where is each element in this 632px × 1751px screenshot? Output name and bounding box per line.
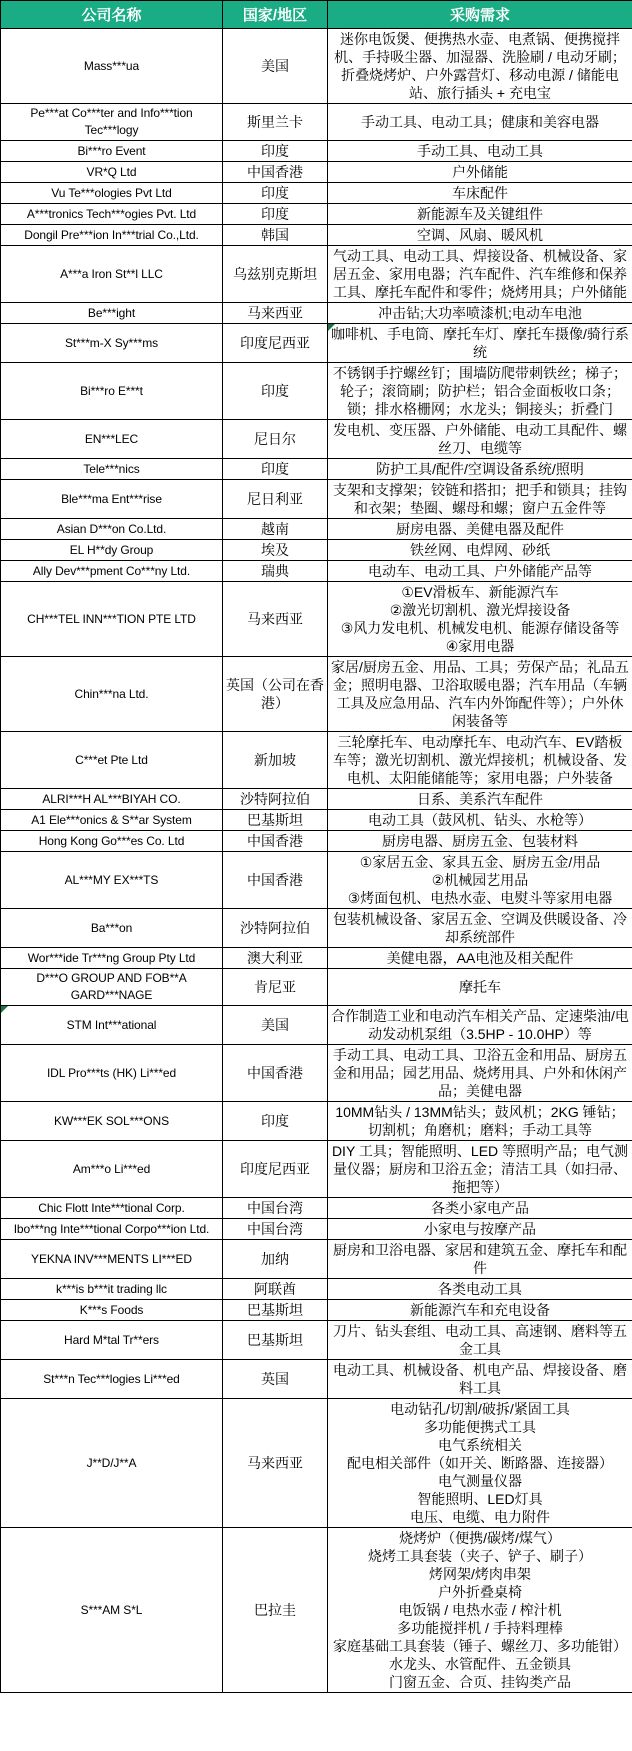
need-cell[interactable]: 迷你电饭煲、便携热水壶、电煮锅、便携搅拌机、手持吸尘器、加湿器、洗脸刷 / 电动… — [328, 29, 632, 104]
company-cell[interactable]: CH***TEL INN***TION PTE LTD — [1, 582, 223, 657]
need-cell[interactable]: 电动钻孔/切割/破拆/紧固工具 多功能便携式工具 电气系统相关 配电相关部件（如… — [328, 1399, 632, 1528]
need-cell[interactable]: 各类电动工具 — [328, 1279, 632, 1300]
table-row: S***AM S*L巴拉圭烧烤炉（便携/碳烤/煤气） 烧烤工具套装（夹子、铲子、… — [1, 1528, 632, 1693]
need-cell[interactable]: 手动工具、电动工具 — [328, 141, 632, 162]
country-cell[interactable]: 巴基斯坦 — [223, 1300, 328, 1321]
country-cell[interactable]: 英国 — [223, 1360, 328, 1399]
country-cell[interactable]: 马来西亚 — [223, 303, 328, 324]
company-cell[interactable]: St***n Tec***logies Li***ed — [1, 1360, 223, 1399]
country-cell[interactable]: 澳大利亚 — [223, 948, 328, 969]
need-cell[interactable]: 厨房电器、厨房五金、包装材料 — [328, 831, 632, 852]
need-cell[interactable]: 空调、风扇、暖风机 — [328, 225, 632, 246]
company-cell[interactable]: Am***o Li***ed — [1, 1141, 223, 1198]
company-cell[interactable]: A***a Iron St**l LLC — [1, 246, 223, 303]
company-cell[interactable]: Wor***ide Tr***ng Group Pty Ltd — [1, 948, 223, 969]
need-cell[interactable]: DIY 工具；智能照明、LED 等照明产品；电气测量仪器；厨房和卫浴五金；清洁工… — [328, 1141, 632, 1198]
company-cell[interactable]: K***s Foods — [1, 1300, 223, 1321]
need-cell[interactable]: 手动工具、电动工具；健康和美容电器 — [328, 104, 632, 141]
company-cell[interactable]: Hong Kong Go***es Co. Ltd — [1, 831, 223, 852]
company-cell[interactable]: AL***MY EX***TS — [1, 852, 223, 909]
table-row: Chin***na Ltd.英国（公司在香港）家居/厨房五金、用品、工具；劳保产… — [1, 657, 632, 732]
country-cell[interactable]: 印度尼西亚 — [223, 324, 328, 363]
country-cell[interactable]: 沙特阿拉伯 — [223, 909, 328, 948]
need-cell[interactable]: 烧烤炉（便携/碳烤/煤气） 烧烤工具套装（夹子、铲子、刷子） 烤网架/烤肉串架 … — [328, 1528, 632, 1693]
table-row: Ibo***ng Inte***tional Corpo***ion Ltd.中… — [1, 1219, 632, 1240]
company-cell[interactable]: Dongil Pre***ion In***trial Co.,Ltd. — [1, 225, 223, 246]
company-cell[interactable]: St***m-X Sy***ms — [1, 324, 223, 363]
table-row: K***s Foods巴基斯坦新能源汽车和充电设备 — [1, 1300, 632, 1321]
country-cell[interactable]: 瑞典 — [223, 561, 328, 582]
need-cell[interactable]: 新能源车及关键组件 — [328, 204, 632, 225]
table-row: Dongil Pre***ion In***trial Co.,Ltd.韩国空调… — [1, 225, 632, 246]
company-cell[interactable]: Vu Te***ologies Pvt Ltd — [1, 183, 223, 204]
table-row: C***et Pte Ltd新加坡三轮摩托车、电动摩托车、电动汽车、EV踏板车等… — [1, 732, 632, 789]
need-cell[interactable]: 新能源汽车和充电设备 — [328, 1300, 632, 1321]
need-cell[interactable]: 家居/厨房五金、用品、工具；劳保产品；礼品五金；照明电器、卫浴取暖电器；汽车用品… — [328, 657, 632, 732]
need-cell[interactable]: 10MM钻头 / 13MM钻头；鼓风机；2KG 锤钻；切割机；角磨机；磨料；手动… — [328, 1102, 632, 1141]
company-cell[interactable]: S***AM S*L — [1, 1528, 223, 1693]
country-cell[interactable]: 韩国 — [223, 225, 328, 246]
need-cell[interactable]: 不锈钢手拧螺丝钉；围墙防爬带刺铁丝；梯子；轮子；滚筒刷；防护栏；铝合金面板收口条… — [328, 363, 632, 420]
country-cell[interactable]: 印度 — [223, 204, 328, 225]
need-cell[interactable]: 电动车、电动工具、户外储能产品等 — [328, 561, 632, 582]
country-cell[interactable]: 印度 — [223, 459, 328, 480]
table-row: Asian D***on Co.Ltd.越南厨房电器、美健电器及配件 — [1, 519, 632, 540]
country-cell[interactable]: 美国 — [223, 29, 328, 104]
table-row: Hong Kong Go***es Co. Ltd中国香港厨房电器、厨房五金、包… — [1, 831, 632, 852]
country-cell[interactable]: 中国香港 — [223, 1045, 328, 1102]
need-cell[interactable]: 合作制造工业和电动汽车相关产品、定速柴油/电动发动机泵组（3.5HP - 10.… — [328, 1006, 632, 1045]
country-cell[interactable]: 马来西亚 — [223, 582, 328, 657]
company-cell[interactable]: k***is b***it trading llc — [1, 1279, 223, 1300]
table-row: Be***ight马来西亚冲击钻;大功率喷漆机;电动车电池 — [1, 303, 632, 324]
country-cell[interactable]: 肯尼亚 — [223, 969, 328, 1006]
company-cell[interactable]: ALRI***H AL***BIYAH CO. — [1, 789, 223, 810]
company-cell[interactable]: KW***EK SOL***ONS — [1, 1102, 223, 1141]
company-cell[interactable]: IDL Pro***ts (HK) Li***ed — [1, 1045, 223, 1102]
country-cell[interactable]: 巴拉圭 — [223, 1528, 328, 1693]
company-cell[interactable]: EL H**dy Group — [1, 540, 223, 561]
country-cell[interactable]: 乌兹别克斯坦 — [223, 246, 328, 303]
table-row: STM Int***ational美国合作制造工业和电动汽车相关产品、定速柴油/… — [1, 1006, 632, 1045]
header-row: 公司名称 国家/地区 采购需求 — [1, 1, 632, 29]
need-cell[interactable]: 车床配件 — [328, 183, 632, 204]
need-cell[interactable]: 防护工具/配件/空调设备系统/照明 — [328, 459, 632, 480]
company-cell[interactable]: Chic Flott Inte***tional Corp. — [1, 1198, 223, 1219]
need-cell[interactable]: 厨房电器、美健电器及配件 — [328, 519, 632, 540]
table-row: A***tronics Tech***ogies Pvt. Ltd印度新能源车及… — [1, 204, 632, 225]
company-cell[interactable]: C***et Pte Ltd — [1, 732, 223, 789]
country-cell[interactable]: 中国台湾 — [223, 1198, 328, 1219]
need-cell[interactable]: 日系、美系汽车配件 — [328, 789, 632, 810]
need-cell[interactable]: 摩托车 — [328, 969, 632, 1006]
header-procurement-need: 采购需求 — [328, 1, 632, 29]
country-cell[interactable]: 印度 — [223, 363, 328, 420]
company-cell[interactable]: J**D/J**A — [1, 1399, 223, 1528]
country-cell[interactable]: 印度 — [223, 183, 328, 204]
company-cell[interactable]: Ble***ma Ent***rise — [1, 480, 223, 519]
company-cell[interactable]: A1 Ele***onics & S**ar System — [1, 810, 223, 831]
company-cell[interactable]: Chin***na Ltd. — [1, 657, 223, 732]
table-row: EN***LEC尼日尔发电机、变压器、户外储能、电动工具配件、螺丝刀、电缆等 — [1, 420, 632, 459]
need-cell[interactable]: 手动工具、电动工具、卫浴五金和用品、厨房五金和用品；园艺用品、烧烤用具、户外和休… — [328, 1045, 632, 1102]
table-row: Mass***ua美国迷你电饭煲、便携热水壶、电煮锅、便携搅拌机、手持吸尘器、加… — [1, 29, 632, 104]
company-cell[interactable]: Ba***on — [1, 909, 223, 948]
table-row: VR*Q Ltd中国香港户外储能 — [1, 162, 632, 183]
table-row: k***is b***it trading llc阿联酋各类电动工具 — [1, 1279, 632, 1300]
country-cell[interactable]: 巴基斯坦 — [223, 810, 328, 831]
country-cell[interactable]: 美国 — [223, 1006, 328, 1045]
header-company-name: 公司名称 — [1, 1, 223, 29]
table-row: Pe***at Co***ter and Info***tion Tec***l… — [1, 104, 632, 141]
country-cell[interactable]: 中国台湾 — [223, 1219, 328, 1240]
table-row: Am***o Li***ed印度尼西亚DIY 工具；智能照明、LED 等照明产品… — [1, 1141, 632, 1198]
company-cell[interactable]: Ibo***ng Inte***tional Corpo***ion Ltd. — [1, 1219, 223, 1240]
table-row: A***a Iron St**l LLC乌兹别克斯坦气动工具、电动工具、焊接设备… — [1, 246, 632, 303]
table-row: Bi***ro E***t印度不锈钢手拧螺丝钉；围墙防爬带刺铁丝；梯子；轮子；滚… — [1, 363, 632, 420]
need-cell[interactable]: 小家电与按摩产品 — [328, 1219, 632, 1240]
country-cell[interactable]: 沙特阿拉伯 — [223, 789, 328, 810]
table-row: Hard M*tal Tr**ers巴基斯坦刀片、钻头套组、电动工具、高速钢、磨… — [1, 1321, 632, 1360]
table-row: Wor***ide Tr***ng Group Pty Ltd澳大利亚美健电器，… — [1, 948, 632, 969]
company-cell[interactable]: YEKNA INV***MENTS LI***ED — [1, 1240, 223, 1279]
need-cell[interactable]: 刀片、钻头套组、电动工具、高速钢、磨料等五金工具 — [328, 1321, 632, 1360]
company-cell[interactable]: STM Int***ational — [1, 1006, 223, 1045]
need-cell[interactable]: 包装机械设备、家居五金、空调及供暖设备、冷却系统部件 — [328, 909, 632, 948]
company-cell[interactable]: Pe***at Co***ter and Info***tion Tec***l… — [1, 104, 223, 141]
need-cell[interactable]: 美健电器，AA电池及相关配件 — [328, 948, 632, 969]
table-row: Chic Flott Inte***tional Corp.中国台湾各类小家电产… — [1, 1198, 632, 1219]
table-row: St***n Tec***logies Li***ed英国电动工具、机械设备、机… — [1, 1360, 632, 1399]
table-row: KW***EK SOL***ONS印度10MM钻头 / 13MM钻头；鼓风机；2… — [1, 1102, 632, 1141]
need-cell[interactable]: 冲击钻;大功率喷漆机;电动车电池 — [328, 303, 632, 324]
table-row: St***m-X Sy***ms印度尼西亚咖啡机、手电筒、摩托车灯、摩托车摄像/… — [1, 324, 632, 363]
table-row: IDL Pro***ts (HK) Li***ed中国香港手动工具、电动工具、卫… — [1, 1045, 632, 1102]
company-cell[interactable]: Bi***ro Event — [1, 141, 223, 162]
table-row: J**D/J**A马来西亚电动钻孔/切割/破拆/紧固工具 多功能便携式工具 电气… — [1, 1399, 632, 1528]
country-cell[interactable]: 印度 — [223, 1102, 328, 1141]
need-cell[interactable]: 三轮摩托车、电动摩托车、电动汽车、EV踏板车等；激光切割机、激光焊接机；机械设备… — [328, 732, 632, 789]
table-row: EL H**dy Group埃及铁丝网、电焊网、砂纸 — [1, 540, 632, 561]
company-cell[interactable]: D***O GROUP AND FOB**A GARD***NAGE — [1, 969, 223, 1006]
country-cell[interactable]: 中国香港 — [223, 831, 328, 852]
table-row: Ba***on沙特阿拉伯包装机械设备、家居五金、空调及供暖设备、冷却系统部件 — [1, 909, 632, 948]
header-country-region: 国家/地区 — [223, 1, 328, 29]
country-cell[interactable]: 阿联酋 — [223, 1279, 328, 1300]
company-cell[interactable]: Hard M*tal Tr**ers — [1, 1321, 223, 1360]
table-row: CH***TEL INN***TION PTE LTD马来西亚①EV滑板车、新能… — [1, 582, 632, 657]
country-cell[interactable]: 中国香港 — [223, 162, 328, 183]
country-cell[interactable]: 新加坡 — [223, 732, 328, 789]
table-row: YEKNA INV***MENTS LI***ED加纳厨房和卫浴电器、家居和建筑… — [1, 1240, 632, 1279]
need-cell[interactable]: 发电机、变压器、户外储能、电动工具配件、螺丝刀、电缆等 — [328, 420, 632, 459]
need-cell[interactable]: 电动工具、机械设备、机电产品、焊接设备、磨料工具 — [328, 1360, 632, 1399]
need-cell[interactable]: 支架和支撑架；铰链和搭扣；把手和锁具；挂钩和衣架；垫圈、螺母和螺；窗户五金件等 — [328, 480, 632, 519]
need-cell[interactable]: 电动工具（鼓风机、钻头、水枪等） — [328, 810, 632, 831]
need-cell[interactable]: 铁丝网、电焊网、砂纸 — [328, 540, 632, 561]
country-cell[interactable]: 斯里兰卡 — [223, 104, 328, 141]
need-cell[interactable]: 各类小家电产品 — [328, 1198, 632, 1219]
need-cell[interactable]: ①家居五金、家具五金、厨房五金/用品 ②机械园艺用品 ③烤面包机、电热水壶、电熨… — [328, 852, 632, 909]
table-row: ALRI***H AL***BIYAH CO.沙特阿拉伯日系、美系汽车配件 — [1, 789, 632, 810]
company-cell[interactable]: Be***ight — [1, 303, 223, 324]
country-cell[interactable]: 马来西亚 — [223, 1399, 328, 1528]
need-cell[interactable]: 厨房和卫浴电器、家居和建筑五金、摩托车和配件 — [328, 1240, 632, 1279]
country-cell[interactable]: 巴基斯坦 — [223, 1321, 328, 1360]
table-row: Vu Te***ologies Pvt Ltd印度车床配件 — [1, 183, 632, 204]
country-cell[interactable]: 尼日利亚 — [223, 480, 328, 519]
company-cell[interactable]: A***tronics Tech***ogies Pvt. Ltd — [1, 204, 223, 225]
table-row: D***O GROUP AND FOB**A GARD***NAGE肯尼亚摩托车 — [1, 969, 632, 1006]
sourcing-demand-table: 公司名称 国家/地区 采购需求 Mass***ua美国迷你电饭煲、便携热水壶、电… — [0, 0, 632, 1693]
country-cell[interactable]: 中国香港 — [223, 852, 328, 909]
need-cell[interactable]: 咖啡机、手电筒、摩托车灯、摩托车摄像/骑行系统 — [328, 324, 632, 363]
country-cell[interactable]: 印度尼西亚 — [223, 1141, 328, 1198]
company-cell[interactable]: Ally Dev***pment Co***ny Ltd. — [1, 561, 223, 582]
company-cell[interactable]: Asian D***on Co.Ltd. — [1, 519, 223, 540]
need-cell[interactable]: 户外储能 — [328, 162, 632, 183]
company-cell[interactable]: Bi***ro E***t — [1, 363, 223, 420]
need-cell[interactable]: ①EV滑板车、新能源汽车 ②激光切割机、激光焊接设备 ③风力发电机、机械发电机、… — [328, 582, 632, 657]
table-row: Tele***nics印度防护工具/配件/空调设备系统/照明 — [1, 459, 632, 480]
company-cell[interactable]: VR*Q Ltd — [1, 162, 223, 183]
country-cell[interactable]: 英国（公司在香港） — [223, 657, 328, 732]
need-cell[interactable]: 气动工具、电动工具、焊接设备、机械设备、家居五金、家用电器；汽车配件、汽车维修和… — [328, 246, 632, 303]
country-cell[interactable]: 印度 — [223, 141, 328, 162]
comment-indicator-icon — [1, 1006, 8, 1013]
table-row: Ble***ma Ent***rise尼日利亚支架和支撑架；铰链和搭扣；把手和锁… — [1, 480, 632, 519]
table-row: Bi***ro Event印度手动工具、电动工具 — [1, 141, 632, 162]
table-row: Ally Dev***pment Co***ny Ltd.瑞典电动车、电动工具、… — [1, 561, 632, 582]
comment-indicator-icon — [328, 324, 335, 331]
country-cell[interactable]: 加纳 — [223, 1240, 328, 1279]
table-row: AL***MY EX***TS中国香港①家居五金、家具五金、厨房五金/用品 ②机… — [1, 852, 632, 909]
company-cell[interactable]: Mass***ua — [1, 29, 223, 104]
table-body: Mass***ua美国迷你电饭煲、便携热水壶、电煮锅、便携搅拌机、手持吸尘器、加… — [1, 29, 632, 1693]
company-cell[interactable]: EN***LEC — [1, 420, 223, 459]
table-row: A1 Ele***onics & S**ar System巴基斯坦电动工具（鼓风… — [1, 810, 632, 831]
country-cell[interactable]: 尼日尔 — [223, 420, 328, 459]
country-cell[interactable]: 越南 — [223, 519, 328, 540]
country-cell[interactable]: 埃及 — [223, 540, 328, 561]
company-cell[interactable]: Tele***nics — [1, 459, 223, 480]
